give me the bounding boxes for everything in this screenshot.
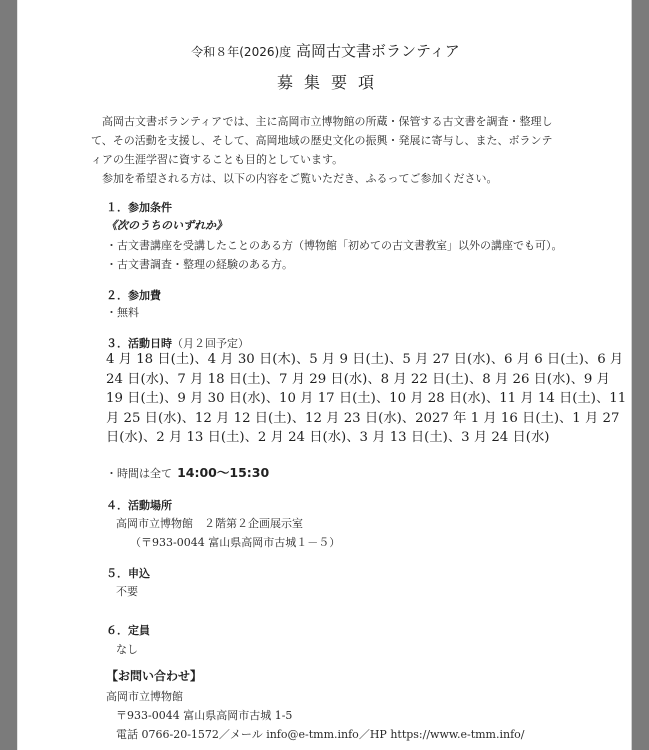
section-5-title: ５．申込	[106, 565, 150, 581]
separator: ／	[219, 728, 230, 741]
date-line-5: 日(水)、2 月 13 日(土)、2 月 24 日(水)、3 月 13 日(土)…	[106, 428, 549, 448]
website-link[interactable]: https://www.e-tmm.info/	[390, 728, 524, 741]
phone-label: 電話	[116, 728, 138, 741]
title-year: 令和８年(2026)度	[191, 45, 291, 59]
section-4-address: （〒933-0044 富山県高岡市古城１－５）	[130, 533, 340, 552]
intro-line-4: 参加を希望される方は、以下の内容をご覧いただき、ふるってご参加ください。	[102, 169, 498, 188]
document-title: 令和８年(2026)度 高岡古文書ボランティア	[18, 40, 633, 61]
email-link[interactable]: info@e-tmm.info	[266, 728, 359, 741]
intro-line-2: て、その活動を支援し、そして、高岡地域の歴史文化の振興・発展に寄与し、また、ボラ…	[91, 131, 553, 150]
contact-name: 高岡市立博物館	[106, 687, 183, 706]
document-page: 令和８年(2026)度 高岡古文書ボランティア 募集要項 高岡古文書ボランティア…	[17, 0, 632, 750]
intro-line-3: ィアの生涯学習に資することも目的としています。	[91, 150, 343, 169]
hp-label: HP	[370, 728, 387, 741]
date-line-4: 月 25 日(水)、12 月 12 日(土)、12 月 23 日(水)、2027…	[106, 409, 619, 429]
section-6-value: なし	[116, 640, 138, 659]
section-4-title: ４．活動場所	[106, 497, 172, 513]
contact-line: 電話 0766-20-1572／メール info@e-tmm.info／HP h…	[116, 725, 525, 744]
contact-address: 〒933-0044 富山県高岡市古城 1-5	[116, 706, 292, 725]
section-2-item-1: ・無料	[106, 303, 139, 322]
section-1-item-2: ・古文書調査・整理の経験のある方。	[106, 255, 293, 274]
date-line-3: 19 日(土)、9 月 30 日(水)、10 月 17 日(土)、10 月 28…	[106, 389, 626, 409]
section-3-note: （月２回予定）	[172, 337, 249, 350]
date-line-2: 24 日(水)、7 月 18 日(土)、7 月 29 日(水)、8 月 22 日…	[106, 370, 610, 390]
time-value: 14:00〜15:30	[177, 465, 269, 480]
section-5-value: 不要	[116, 582, 138, 601]
section-1-item-1: ・古文書講座を受講したことのある方（博物館「初めての古文書教室」以外の講座でも可…	[106, 236, 563, 255]
mail-label: メール	[230, 728, 263, 741]
date-line-1: 4 月 18 日(土)、4 月 30 日(木)、5 月 9 日(土)、5 月 2…	[106, 350, 623, 370]
contact-title: 【お問い合わせ】	[106, 667, 202, 684]
intro-line-1: 高岡古文書ボランティアでは、主に高岡市立博物館の所蔵・保管する古文書を調査・整理…	[102, 112, 552, 131]
section-4-place: 高岡市立博物館 ２階第２企画展示室	[116, 514, 303, 533]
section-2-title: ２．参加費	[106, 287, 161, 303]
title-main: 高岡古文書ボランティア	[296, 42, 460, 60]
section-1-subtitle: 《次のうちのいずれか》	[106, 217, 227, 233]
section-6-title: ６．定員	[106, 622, 150, 638]
section-3-title: ３．活動日時	[106, 337, 172, 350]
time-line: ・時間は全て 14:00〜15:30	[106, 462, 269, 483]
time-label: ・時間は全て	[106, 467, 172, 480]
separator: ／	[359, 728, 370, 741]
section-1-title: １．参加条件	[106, 199, 172, 215]
phone-number: 0766-20-1572	[142, 728, 219, 741]
document-heading: 募集要項	[18, 70, 633, 93]
